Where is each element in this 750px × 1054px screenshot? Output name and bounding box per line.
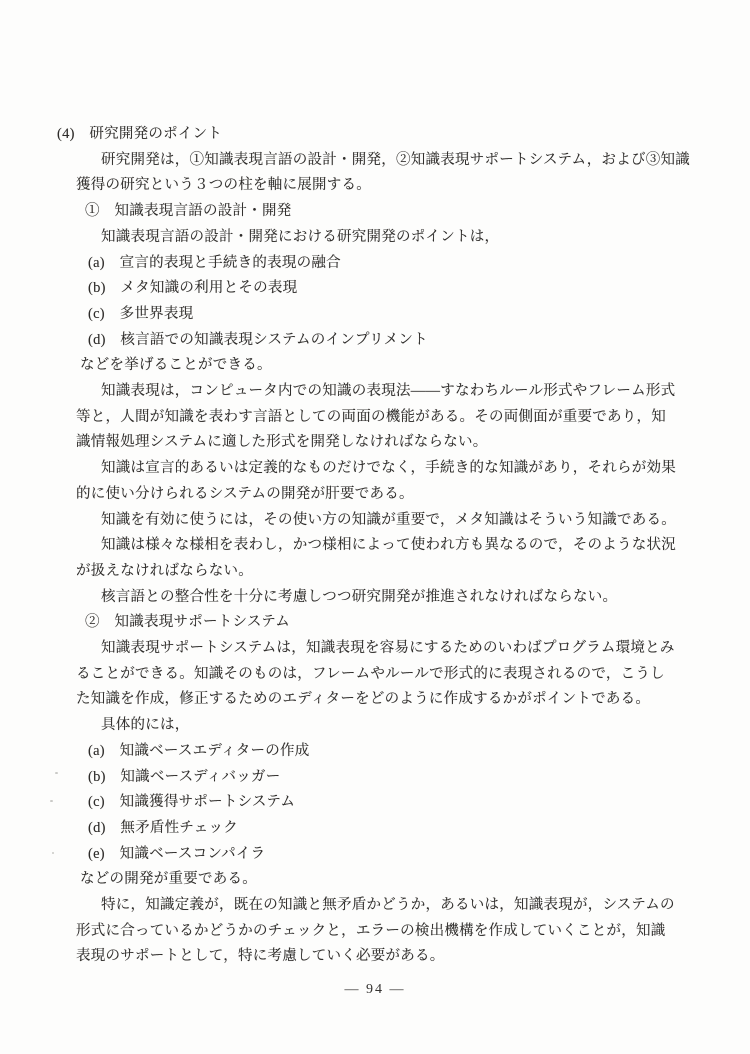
scanned-document-page: — 94 — (4) 研究開発のポイント研究開発は，①知識表現言語の設計・開発，…: [0, 0, 750, 1054]
text-line: 核言語との整合性を十分に考慮しつつ研究開発が推進されなければならない。: [101, 587, 617, 607]
text-line: 知識表現言語の設計・開発における研究開発のポイントは，: [101, 227, 499, 247]
text-line: ることができる。知識そのものは，フレームやルールで形式的に表現されるので，こうし: [76, 664, 665, 684]
text-line: などを挙げることができる。: [80, 355, 272, 375]
scan-speck: [50, 800, 53, 802]
scan-speck: [55, 772, 58, 774]
text-line: 知識は様々な様相を表わし，かつ様相によって使われ方も異なるので，そのような状況: [101, 535, 676, 555]
text-line: (c) 知識獲得サポートシステム: [88, 792, 295, 812]
text-line: ② 知識表現サポートシステム: [85, 612, 290, 632]
text-line: 知識表現サポートシステムは，知識表現を容易にするためのいわばプログラム環境とみ: [101, 638, 675, 658]
scan-speck: [52, 852, 54, 854]
text-line: (c) 多世界表現: [88, 304, 193, 324]
text-line: 獲得の研究という３つの柱を軸に展開する。: [76, 175, 371, 195]
text-line: 研究開発は，①知識表現言語の設計・開発，②知識表現サポートシステム，および③知識: [101, 150, 690, 170]
text-line: 形式に合っているかどうかのチェックと，エラーの検出機構を作成していくことが，知識: [76, 921, 666, 941]
text-line: (b) 知識ベースディバッガー: [88, 767, 280, 787]
text-line: (d) 無矛盾性チェック: [88, 818, 238, 838]
text-line: 知識を有効に使うには，その使い方の知識が重要で，メタ知識はそういう知識である。: [101, 510, 676, 530]
text-line: ① 知識表現言語の設計・開発: [85, 201, 292, 221]
text-line: 的に使い分けられるシステムの開発が肝要である。: [76, 484, 414, 504]
text-line: (b) メタ知識の利用とその表現: [88, 278, 297, 298]
text-line: 識情報処理システムに適した形式を開発しなければならない。: [76, 432, 488, 452]
text-line: が扱えなければならない。: [76, 561, 253, 581]
text-line: 特に，知識定義が，既在の知識と無矛盾かどうか，あるいは，知識表現が，システムの: [101, 895, 675, 915]
text-line: などの開発が重要である。: [80, 869, 257, 889]
text-line: た知識を作成，修正するためのエディターをどのように作成するかがポイントである。: [76, 689, 650, 709]
text-line: 等と，人間が知識を表わす言語としての両面の機能がある。その両側面が重要であり，知: [76, 407, 666, 427]
text-line: 知識は宣言的あるいは定義的なものだけでなく，手続き的な知識があり，それらが効果: [101, 458, 676, 478]
text-line: (4) 研究開発のポイント: [57, 124, 222, 144]
text-line: 知識表現は，コンピュータ内での知識の表現法――すなわちルール形式やフレーム形式: [101, 381, 675, 401]
text-line: (d) 核言語での知識表現システムのインプリメント: [88, 330, 428, 350]
text-line: 具体的には，: [101, 715, 190, 735]
text-line: (e) 知識ベースコンパイラ: [88, 844, 265, 864]
text-line: 表現のサポートとして，特に考慮していく必要がある。: [76, 946, 444, 966]
text-line: (a) 宣言的表現と手続き的表現の融合: [88, 253, 341, 273]
page-number: — 94 —: [0, 982, 750, 998]
text-line: (a) 知識ベースエディターの作成: [88, 741, 309, 761]
